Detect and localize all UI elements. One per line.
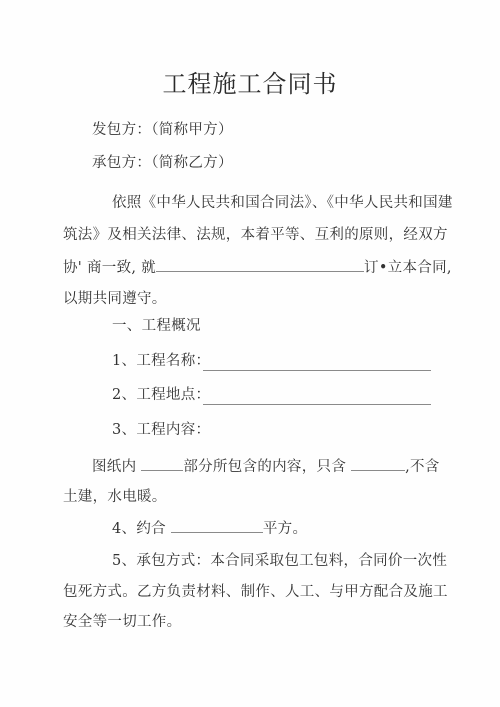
document-page: 工程施工合同书 发包方：（简称甲方） 承包方：（简称乙方） 依照《中华人民共和国… <box>0 0 500 707</box>
preamble-line-3-prefix: 协' 商一致, 就 <box>63 260 156 276</box>
project-location-row: 2、工程地点： <box>112 385 210 405</box>
project-name-blank[interactable] <box>203 356 431 371</box>
contract-method-line-3: 安全等一切工作。 <box>63 612 181 632</box>
project-content-line-1: 图纸内 部分所包含的内容，只含 ,不含 <box>92 456 440 477</box>
area-prefix: 4、约合 <box>112 521 166 537</box>
contract-method-line-2: 包死方式。乙方负责材料、制作、人工、与甲方配合及施工 <box>63 582 448 602</box>
included-scope-blank[interactable] <box>351 456 405 471</box>
content-suffix: ,不含 <box>405 459 440 475</box>
drawing-scope-blank[interactable] <box>141 456 183 471</box>
agreement-subject-blank[interactable] <box>156 257 364 272</box>
preamble-line-3: 协' 商一致, 就订•立本合同, <box>63 257 452 278</box>
preamble-line-1: 依照《中华人民共和国合同法》、《中华人民共和国建 <box>112 193 453 213</box>
content-middle: 部分所包含的内容，只含 <box>183 459 346 475</box>
section-1-heading: 一、工程概况 <box>112 316 201 336</box>
preamble-line-3-suffix: 订•立本合同, <box>364 260 452 276</box>
contractor-party: 承包方：（简称乙方） <box>92 153 233 173</box>
contract-method-line-1: 5、承包方式：本合同采取包工包料，合同价一次性 <box>112 551 447 571</box>
project-content-line-2: 土建，水电暖。 <box>63 487 167 507</box>
preamble-line-2: 筑法》及相关法律、法规，本着平等、互利的原则，经双方 <box>63 225 448 245</box>
document-title: 工程施工合同书 <box>0 68 500 100</box>
content-prefix: 图纸内 <box>92 459 136 475</box>
project-name-row: 1、工程名称： <box>112 351 210 371</box>
area-blank[interactable] <box>171 518 263 533</box>
project-location-label: 2、工程地点： <box>112 387 210 403</box>
project-content-label: 3、工程内容： <box>112 420 210 440</box>
project-name-label: 1、工程名称： <box>112 353 210 369</box>
area-suffix: 平方。 <box>263 521 307 537</box>
employer-party: 发包方：（简称甲方） <box>92 120 233 140</box>
area-row: 4、约合 平方。 <box>112 518 307 539</box>
project-location-blank[interactable] <box>203 390 431 405</box>
preamble-line-4: 以期共同遵守。 <box>63 289 167 309</box>
